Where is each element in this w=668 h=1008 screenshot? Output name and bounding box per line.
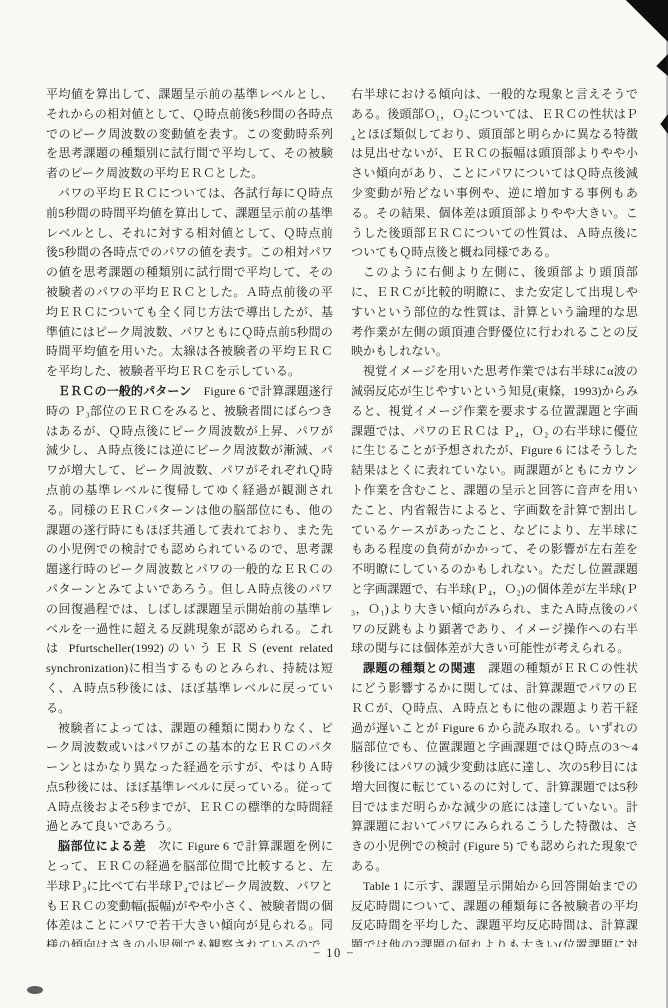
paragraph: ＥＲＣの一般的パターン Figure 6 で計算課題遂行時の Ｐ₃部位のＥＲＣを… xyxy=(46,382,333,719)
paragraph-run-in-heading: 課題の種類との関連 xyxy=(363,661,476,675)
paragraph-text: 右半球における傾向は、一般的な現象と言えそうである。後頭部Ｏ₁，Ｏ₂については、… xyxy=(351,87,638,259)
paragraph-text: 視覚イメージを用いた思考作業では右半球にα波の減弱反応が生じやすいという知見(東… xyxy=(351,364,638,655)
scan-artifact-bottom-left xyxy=(27,986,43,994)
paragraph: 被験者によっては、課題の種類に関わりなく、ピーク周波数或いはパワがこの基本的なＥ… xyxy=(46,719,333,838)
paragraph: このように右側より左側に、後頭部より頭頂部に、ＥＲＣが比較的明瞭に、また安定して… xyxy=(351,263,638,362)
paragraph-text: Figure 6 で計算課題遂行時の Ｐ₃部位のＥＲＣをみると、被験者間にばらつ… xyxy=(46,384,333,715)
text-column-left: 平均値を算出して、課題呈示前の基準レベルとし、それからの相対値として、Ｑ時点前後… xyxy=(46,85,333,947)
paragraph-text: 平均値を算出して、課題呈示前の基準レベルとし、それからの相対値として、Ｑ時点前後… xyxy=(46,87,333,180)
paragraph: パワの平均ＥＲＣについては、各試行毎にＱ時点前5秒間の時間平均値を算出して、課題… xyxy=(46,184,333,382)
text-column-right: 右半球における傾向は、一般的な現象と言えそうである。後頭部Ｏ₁，Ｏ₂については、… xyxy=(351,85,638,947)
paragraph-run-in-heading: 脳部位による差 xyxy=(58,839,146,853)
paragraph-text: Table 1 に示す、課題呈示開始から回答開始までの反応時間について、課題の種… xyxy=(351,879,638,947)
paragraph: 課題の種類との関連 課題の種類がＥＲＣの性状にどう影響するかに関しては、計算課題… xyxy=(351,659,638,877)
paragraph: 視覚イメージを用いた思考作業では右半球にα波の減弱反応が生じやすいという知見(東… xyxy=(351,362,638,659)
paragraph-text: 被験者によっては、課題の種類に関わりなく、ピーク周波数或いはパワがこの基本的なＥ… xyxy=(46,721,333,834)
scan-artifact-top-right-corner xyxy=(620,0,668,42)
page-number: − 10 − xyxy=(0,946,668,961)
paragraph: 脳部位による差 次に Figure 6 で計算課題を例にとって、ＥＲＣの経過を脳… xyxy=(46,837,333,947)
paragraph: 平均値を算出して、課題呈示前の基準レベルとし、それからの相対値として、Ｑ時点前後… xyxy=(46,85,333,184)
paragraph: 右半球における傾向は、一般的な現象と言えそうである。後頭部Ｏ₁，Ｏ₂については、… xyxy=(351,85,638,263)
paragraph-text: 課題の種類がＥＲＣの性状にどう影響するかに関しては、計算課題でパワのＥＲＣが、Ｑ… xyxy=(351,661,638,873)
paragraph: Table 1 に示す、課題呈示開始から回答開始までの反応時間について、課題の種… xyxy=(351,877,638,947)
scanned-paper-page: 平均値を算出して、課題呈示前の基準レベルとし、それからの相対値として、Ｑ時点前後… xyxy=(0,0,668,1008)
paragraph-run-in-heading: ＥＲＣの一般的パターン xyxy=(58,384,191,398)
paragraph-text: このように右側より左側に、後頭部より頭頂部に、ＥＲＣが比較的明瞭に、また安定して… xyxy=(351,265,638,358)
paragraph-text: パワの平均ＥＲＣについては、各試行毎にＱ時点前5秒間の時間平均値を算出して、課題… xyxy=(46,186,333,378)
paragraph-text: 次に Figure 6 で計算課題を例にとって、ＥＲＣの経過を脳部位間で比較する… xyxy=(46,839,333,947)
